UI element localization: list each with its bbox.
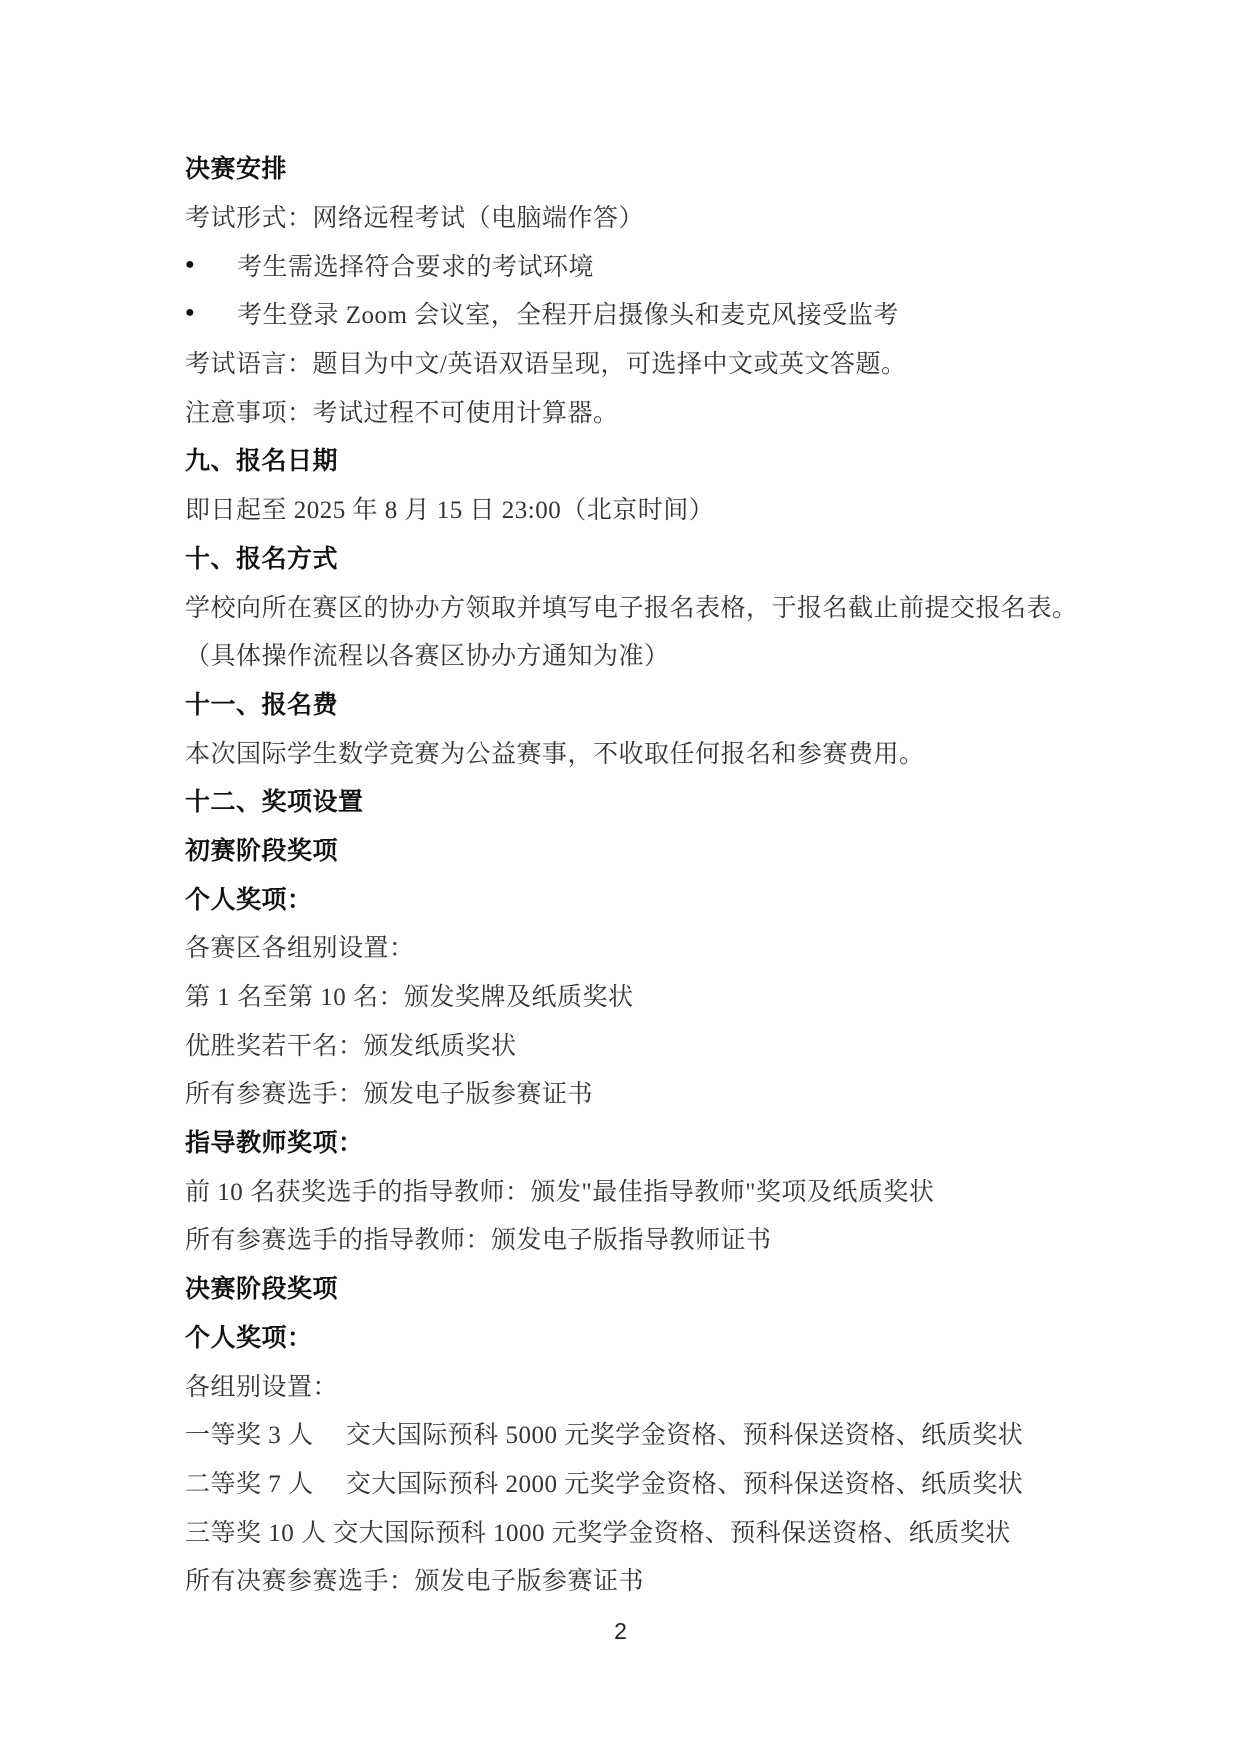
bullet-item-zoom-proctoring: ● 考生登录 Zoom 会议室，全程开启摄像头和麦克风接受监考: [185, 289, 1186, 338]
para-fee-free: 本次国际学生数学竞赛为公益赛事，不收取任何报名和参赛费用。: [185, 727, 1186, 776]
heading-individual-awards-final: 个人奖项：: [185, 1312, 1186, 1361]
para-group-setup-final: 各组别设置：: [185, 1360, 1186, 1409]
heading-section-12-awards: 十二、奖项设置: [185, 776, 1186, 825]
heading-finals-arrangement: 决赛安排: [185, 143, 1186, 192]
para-all-participants-certificate: 所有参赛选手：颁发电子版参赛证书: [185, 1068, 1186, 1117]
heading-instructor-awards: 指导教师奖项：: [185, 1117, 1186, 1166]
para-rank-1-to-10-award: 第 1 名至第 10 名：颁发奖牌及纸质奖状: [185, 971, 1186, 1020]
para-top10-instructor-award: 前 10 名获奖选手的指导教师：颁发"最佳指导教师"奖项及纸质奖状: [185, 1165, 1186, 1214]
heading-individual-awards-preliminary: 个人奖项：: [185, 873, 1186, 922]
para-registration-deadline: 即日起至 2025 年 8 月 15 日 23:00（北京时间）: [185, 484, 1186, 533]
heading-section-11-registration-fee: 十一、报名费: [185, 679, 1186, 728]
para-registration-method: 学校向所在赛区的协办方领取并填写电子报名表格，于报名截止前提交报名表。: [185, 581, 1186, 630]
para-notes-no-calculator: 注意事项：考试过程不可使用计算器。: [185, 386, 1186, 435]
para-registration-method-note: （具体操作流程以各赛区协办方通知为准）: [185, 630, 1186, 679]
heading-final-stage-awards: 决赛阶段奖项: [185, 1263, 1186, 1312]
document-body: 决赛安排 考试形式：网络远程考试（电脑端作答） ● 考生需选择符合要求的考试环境…: [185, 143, 1186, 1604]
bullet-text-exam-environment: 考生需选择符合要求的考试环境: [237, 247, 594, 283]
para-first-prize: 一等奖 3 人 交大国际预科 5000 元奖学金资格、预科保送资格、纸质奖状: [185, 1409, 1186, 1458]
para-exam-format: 考试形式：网络远程考试（电脑端作答）: [185, 192, 1186, 241]
heading-section-9-registration-date: 九、报名日期: [185, 435, 1186, 484]
para-all-instructor-certificate: 所有参赛选手的指导教师：颁发电子版指导教师证书: [185, 1214, 1186, 1263]
para-third-prize: 三等奖 10 人 交大国际预科 1000 元奖学金资格、预科保送资格、纸质奖状: [185, 1506, 1186, 1555]
heading-preliminary-stage-awards: 初赛阶段奖项: [185, 825, 1186, 874]
document-page: 决赛安排 考试形式：网络远程考试（电脑端作答） ● 考生需选择符合要求的考试环境…: [0, 0, 1241, 1755]
bullet-icon: ●: [185, 304, 237, 322]
para-region-group-setup: 各赛区各组别设置：: [185, 922, 1186, 971]
bullet-item-exam-environment: ● 考生需选择符合要求的考试环境: [185, 240, 1186, 289]
bullet-icon: ●: [185, 256, 237, 274]
bullet-text-zoom-proctoring: 考生登录 Zoom 会议室，全程开启摄像头和麦克风接受监考: [237, 295, 899, 331]
para-second-prize: 二等奖 7 人 交大国际预科 2000 元奖学金资格、预科保送资格、纸质奖状: [185, 1458, 1186, 1507]
page-number: 2: [0, 1618, 1241, 1645]
para-exam-language: 考试语言：题目为中文/英语双语呈现，可选择中文或英文答题。: [185, 338, 1186, 387]
para-merit-award: 优胜奖若干名：颁发纸质奖状: [185, 1019, 1186, 1068]
para-all-finalists-certificate: 所有决赛参赛选手：颁发电子版参赛证书: [185, 1555, 1186, 1604]
heading-section-10-registration-method: 十、报名方式: [185, 533, 1186, 582]
